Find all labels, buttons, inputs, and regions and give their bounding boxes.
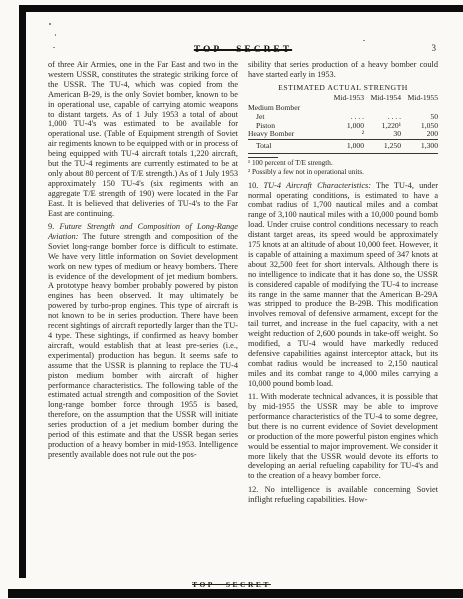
table-cell: 1,000 — [327, 122, 364, 131]
paragraph-10-title: TU-4 Aircraft Characteristics: — [264, 181, 372, 190]
left-column: of three Air Armies, one in the Far East… — [48, 60, 238, 508]
table-row-label: Total — [248, 140, 327, 154]
paragraph-9-text: The future strength and composition of t… — [48, 232, 238, 459]
paragraph-12: 12. No intelligence is available concern… — [248, 485, 438, 505]
table-total-row: Total 1,000 1,250 1,300 — [248, 140, 438, 154]
header-classification-stamp: TOP SECRET — [194, 45, 292, 55]
paragraph-9-number: 9. — [48, 222, 54, 231]
paragraph-10-text: The TU-4, under normal operating conditi… — [248, 181, 438, 388]
scan-speck — [55, 34, 56, 36]
footnote-separator — [248, 157, 278, 158]
paragraph-9: 9. Future Strength and Composition of Lo… — [48, 222, 238, 460]
paragraph-10-number: 10. — [248, 181, 258, 190]
table-footnote-1: ¹ 100 percent of T/E strength. — [248, 159, 438, 168]
table-cell: 1,000 — [327, 140, 364, 154]
scan-border-top — [19, 5, 463, 12]
table-row: Medium Bomber — [248, 104, 438, 113]
table-cell: ² — [327, 130, 364, 139]
table-row-label: Heavy Bomber — [248, 130, 327, 139]
table-col-header: Mid-1954 — [364, 94, 401, 104]
paragraph-10: 10. TU-4 Aircraft Characteristics: The T… — [248, 181, 438, 389]
page-header: TOP SECRET 3 — [48, 39, 438, 57]
page-footer: TOP SECRET — [0, 574, 463, 592]
table-row: Heavy Bomber ² 30 200 — [248, 130, 438, 139]
page-number: 3 — [432, 43, 437, 53]
table-col-header: Mid-1953 — [327, 94, 364, 104]
paragraph-continuation-sibility: sibility that series production of a hea… — [248, 60, 438, 80]
right-column: sibility that series production of a hea… — [248, 60, 438, 508]
paragraph-11: 11. With moderate technical advances, it… — [248, 392, 438, 481]
paragraph-continuation-tu4: of three Air Armies, one in the Far East… — [48, 60, 238, 219]
body-text: of three Air Armies, one in the Far East… — [48, 60, 438, 508]
table-cell: 30 — [364, 130, 401, 139]
footer-classification-stamp: TOP SECRET — [192, 580, 271, 589]
table-footnote-2: ² Possibly a few not in operational unit… — [248, 168, 438, 177]
table-row: Jet . . . . . . . . 50 — [248, 113, 438, 122]
scan-border-left — [19, 5, 26, 578]
table-title: ESTIMATED ACTUAL STRENGTH — [248, 83, 438, 93]
table-cell: 1,250 — [364, 140, 401, 154]
scan-speck — [49, 23, 51, 25]
table-cell: 1,300 — [401, 140, 438, 154]
table-cell: 200 — [401, 130, 438, 139]
table-col-header: Mid-1955 — [401, 94, 438, 104]
document-page: TOP SECRET 3 of three Air Armies, one in… — [0, 0, 463, 599]
estimated-strength-table: ESTIMATED ACTUAL STRENGTH Mid-1953 Mid-1… — [248, 83, 438, 176]
